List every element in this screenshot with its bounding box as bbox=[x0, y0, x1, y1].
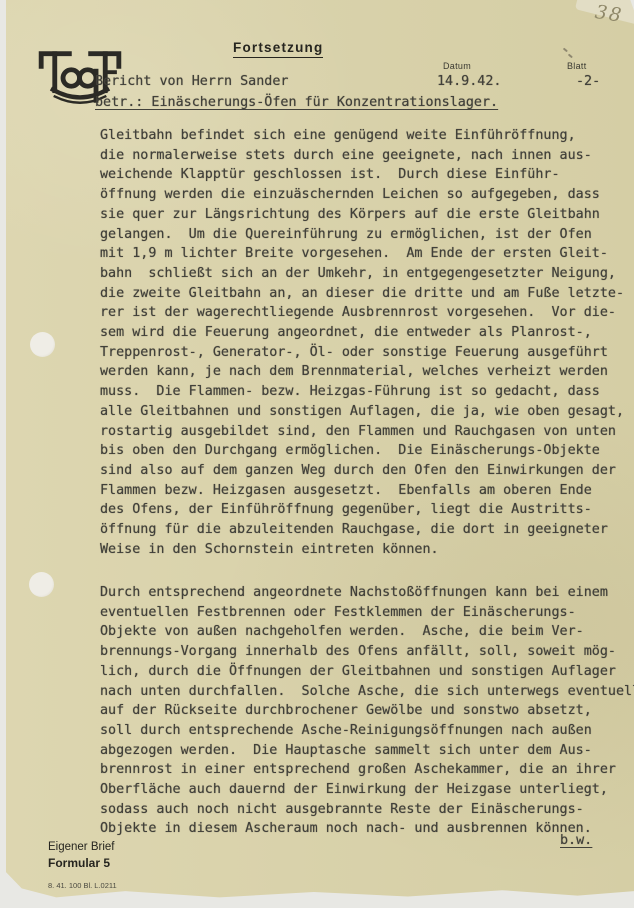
hole-punch-top bbox=[30, 332, 55, 357]
date-label: Datum bbox=[443, 61, 471, 71]
body-paragraph-2: Durch entsprechend angeordnete Nachstoßö… bbox=[100, 583, 634, 839]
report-line: Bericht von Herrn Sander bbox=[95, 74, 288, 89]
continuation-heading: Fortsetzung bbox=[233, 40, 323, 58]
handwritten-page-number: 38 bbox=[593, 1, 624, 27]
document-page: 38 Fortsetzung Datum 14.9.42. Blatt - bbox=[6, 0, 634, 901]
hole-punch-bottom bbox=[29, 572, 54, 597]
sheet-label: Blatt bbox=[567, 61, 587, 71]
footer-form-label: Formular 5 bbox=[48, 856, 110, 870]
footer-own-letter: Eigener Brief bbox=[48, 841, 114, 853]
sheet-value: -2- bbox=[576, 74, 600, 89]
turn-over-note: b.w. bbox=[560, 833, 592, 848]
date-value: 14.9.42. bbox=[437, 74, 502, 89]
body-paragraph-1: Gleitbahn befindet sich eine genügend we… bbox=[100, 126, 624, 559]
footer-print-code: 8. 41. 100 Bl. L.0211 bbox=[48, 881, 117, 890]
subject-line: betr.: Einäscherungs-Öfen für Konzentrat… bbox=[95, 95, 498, 110]
